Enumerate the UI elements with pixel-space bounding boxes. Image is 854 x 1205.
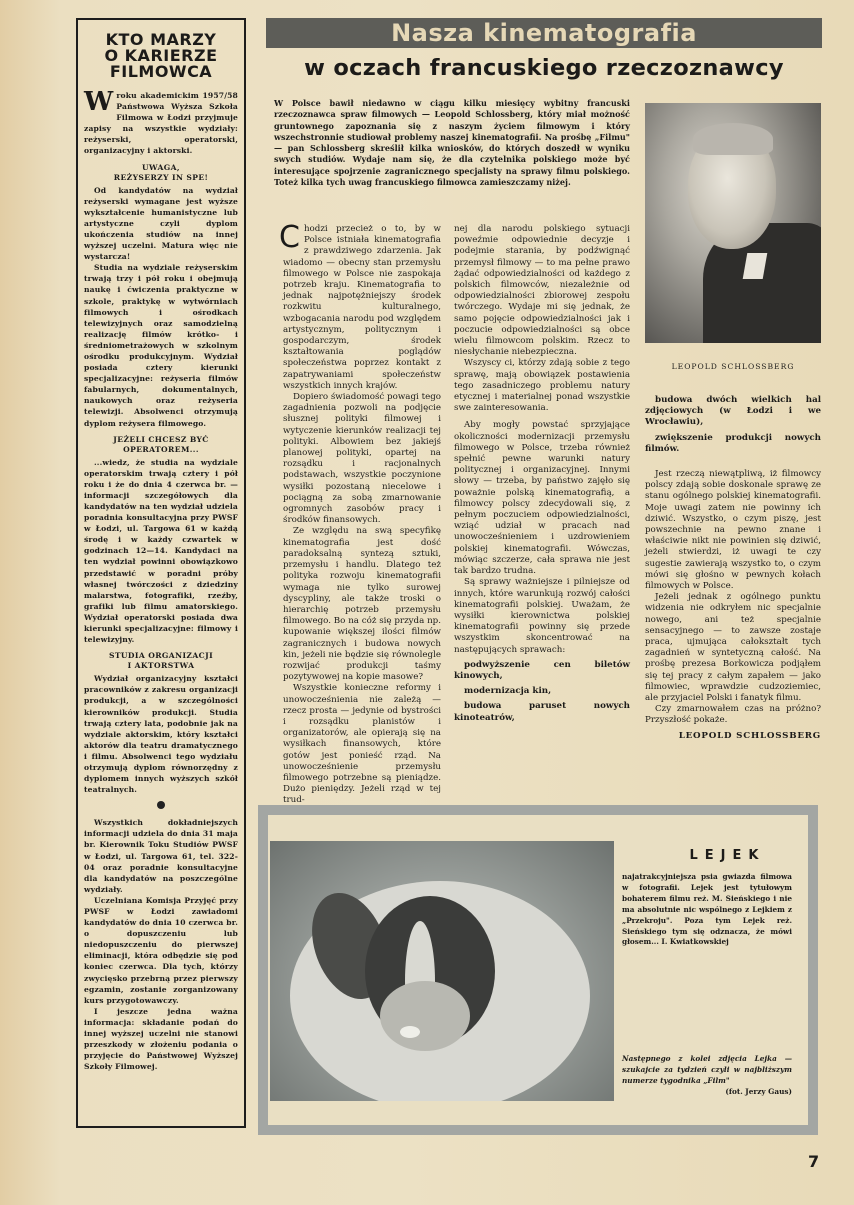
photo-caption: LEOPOLD SCHLOSSBERG xyxy=(645,362,821,371)
heading-line: STUDIA ORGANIZACJI xyxy=(84,651,238,661)
dropcap: W xyxy=(84,91,113,113)
caption-text: Następnego z kolei zdjęcia Lejka — szuka… xyxy=(622,1054,792,1087)
paragraph: Wydział organizacyjny kształci pracownik… xyxy=(84,673,238,795)
paragraph: Dopiero świadomość powagi tego zagadnien… xyxy=(283,392,441,526)
sidebar-title: KTO MARZY O KARIERZE FILMOWCA xyxy=(84,32,238,80)
dog-tongue xyxy=(400,1026,420,1038)
list-item: zwiększenie produkcji nowych filmów. xyxy=(645,433,821,455)
list-item: budowa paruset nowych kinoteatrów, xyxy=(454,701,630,723)
photo-credit: (fot. Jerzy Gaus) xyxy=(622,1087,792,1098)
paragraph: Wszystkich dokładniejszych informacji ud… xyxy=(84,817,238,895)
dog-photo xyxy=(270,841,614,1101)
list-item: podwyższenie cen biletów kinowych, xyxy=(454,660,630,682)
dropcap: C xyxy=(279,224,300,252)
section-heading: STUDIA ORGANIZACJI I AKTORSTWA xyxy=(84,651,238,671)
article-column-2: nej dla narodu polskiego sytuacji poweźm… xyxy=(454,224,630,724)
paragraph: Czy zmarnowałem czas na próżno? Przyszło… xyxy=(645,704,821,726)
article-column-1: Chodzi przecież o to, by w Polsce istnia… xyxy=(283,224,441,807)
page-number: 7 xyxy=(808,1152,819,1171)
article-column-3: budowa dwóch wielkich hal zdjęciowych (w… xyxy=(645,395,821,742)
heading-line: UWAGA, xyxy=(84,163,238,173)
article-lead: W Polsce bawił niedawno w ciągu kilku mi… xyxy=(274,98,630,188)
heading-line: JEŻELI CHCESZ BYĆ xyxy=(84,435,238,445)
section-heading: UWAGA, REŻYSERZY IN SPE! xyxy=(84,163,238,183)
paragraph: Jest rzeczą niewątpliwą, iż filmowcy pol… xyxy=(645,469,821,592)
lejek-description: najatrakcyjniejsza psia gwiazda filmowa … xyxy=(622,872,792,948)
list-item: budowa dwóch wielkich hal zdjęciowych (w… xyxy=(645,395,821,429)
heading-line: I AKTORSTWA xyxy=(84,661,238,671)
list-item: modernizacja kin, xyxy=(454,686,630,697)
sidebar-box: KTO MARZY O KARIERZE FILMOWCA Wroku akad… xyxy=(76,18,246,1128)
paragraph: Aby mogły powstać sprzyjające okolicznoś… xyxy=(454,420,630,577)
section-heading: JEŻELI CHCESZ BYĆ OPERATOREM... xyxy=(84,435,238,455)
paragraph: Jeżeli jednak z ogólnego punktu widzenia… xyxy=(645,592,821,704)
paragraph: Studia na wydziale reżyserskim trwają tr… xyxy=(84,262,238,428)
dog-muzzle xyxy=(380,981,470,1051)
author-signature: LEOPOLD SCHLOSSBERG xyxy=(645,731,821,742)
article-kicker: Nasza kinematografia xyxy=(266,18,822,48)
sidebar-intro: Wroku akademickim 1957/58 Państwowa Wyżs… xyxy=(84,90,238,157)
paragraph: Uczelniana Komisja Przyjęć przy PWSF w Ł… xyxy=(84,895,238,1006)
portrait-photo xyxy=(645,103,821,343)
paragraph: Od kandydatów na wydział reżyserski wyma… xyxy=(84,185,238,263)
paragraph: Wszyscy ci, którzy zdają sobie z tego sp… xyxy=(454,358,630,414)
portrait-hair xyxy=(693,123,773,155)
heading-line: REŻYSERZY IN SPE! xyxy=(84,173,238,183)
paragraph: nej dla narodu polskiego sytuacji poweźm… xyxy=(454,224,630,358)
paragraph: Ze względu na swą specyfikę kinematograf… xyxy=(283,526,441,683)
paragraph: ...wiedz, że studia na wydziale operator… xyxy=(84,457,238,646)
paragraph: I jeszcze jedna ważna informacja: składa… xyxy=(84,1006,238,1073)
title-line: FILMOWCA xyxy=(84,64,238,80)
paragraph: Wszystkie konieczne reformy i unowocześn… xyxy=(283,683,441,806)
lejek-title: LEJEK xyxy=(640,848,815,863)
article-headline: w oczach francuskiego rzeczoznawcy xyxy=(268,50,820,86)
paragraph: Są sprawy ważniejsze i pilniejsze od inn… xyxy=(454,577,630,655)
paragraph: Chodzi przecież o to, by w Polsce istnia… xyxy=(283,224,441,392)
bullet-dot-icon xyxy=(157,801,165,809)
heading-line: OPERATOREM... xyxy=(84,445,238,455)
lejek-caption: Następnego z kolei zdjęcia Lejka — szuka… xyxy=(622,1054,792,1098)
